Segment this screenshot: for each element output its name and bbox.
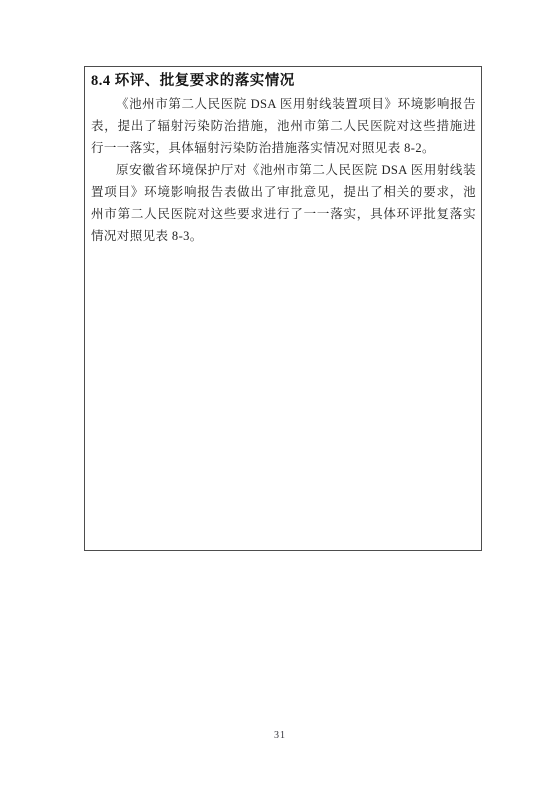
section-content-box: 8.4 环评、批复要求的落实情况 《池州市第二人民医院 DSA 医用射线装置项目…: [84, 66, 482, 551]
section-heading: 8.4 环评、批复要求的落实情况: [91, 69, 476, 93]
document-page: { "page": { "number": "31" }, "document"…: [0, 0, 560, 792]
paragraph-env-report: 《池州市第二人民医院 DSA 医用射线装置项目》环境影响报告表，提出了辐射污染防…: [91, 93, 476, 159]
page-number: 31: [0, 730, 560, 741]
paragraph-approval-opinion: 原安徽省环境保护厅对《池州市第二人民医院 DSA 医用射线装置项目》环境影响报告…: [91, 159, 476, 247]
